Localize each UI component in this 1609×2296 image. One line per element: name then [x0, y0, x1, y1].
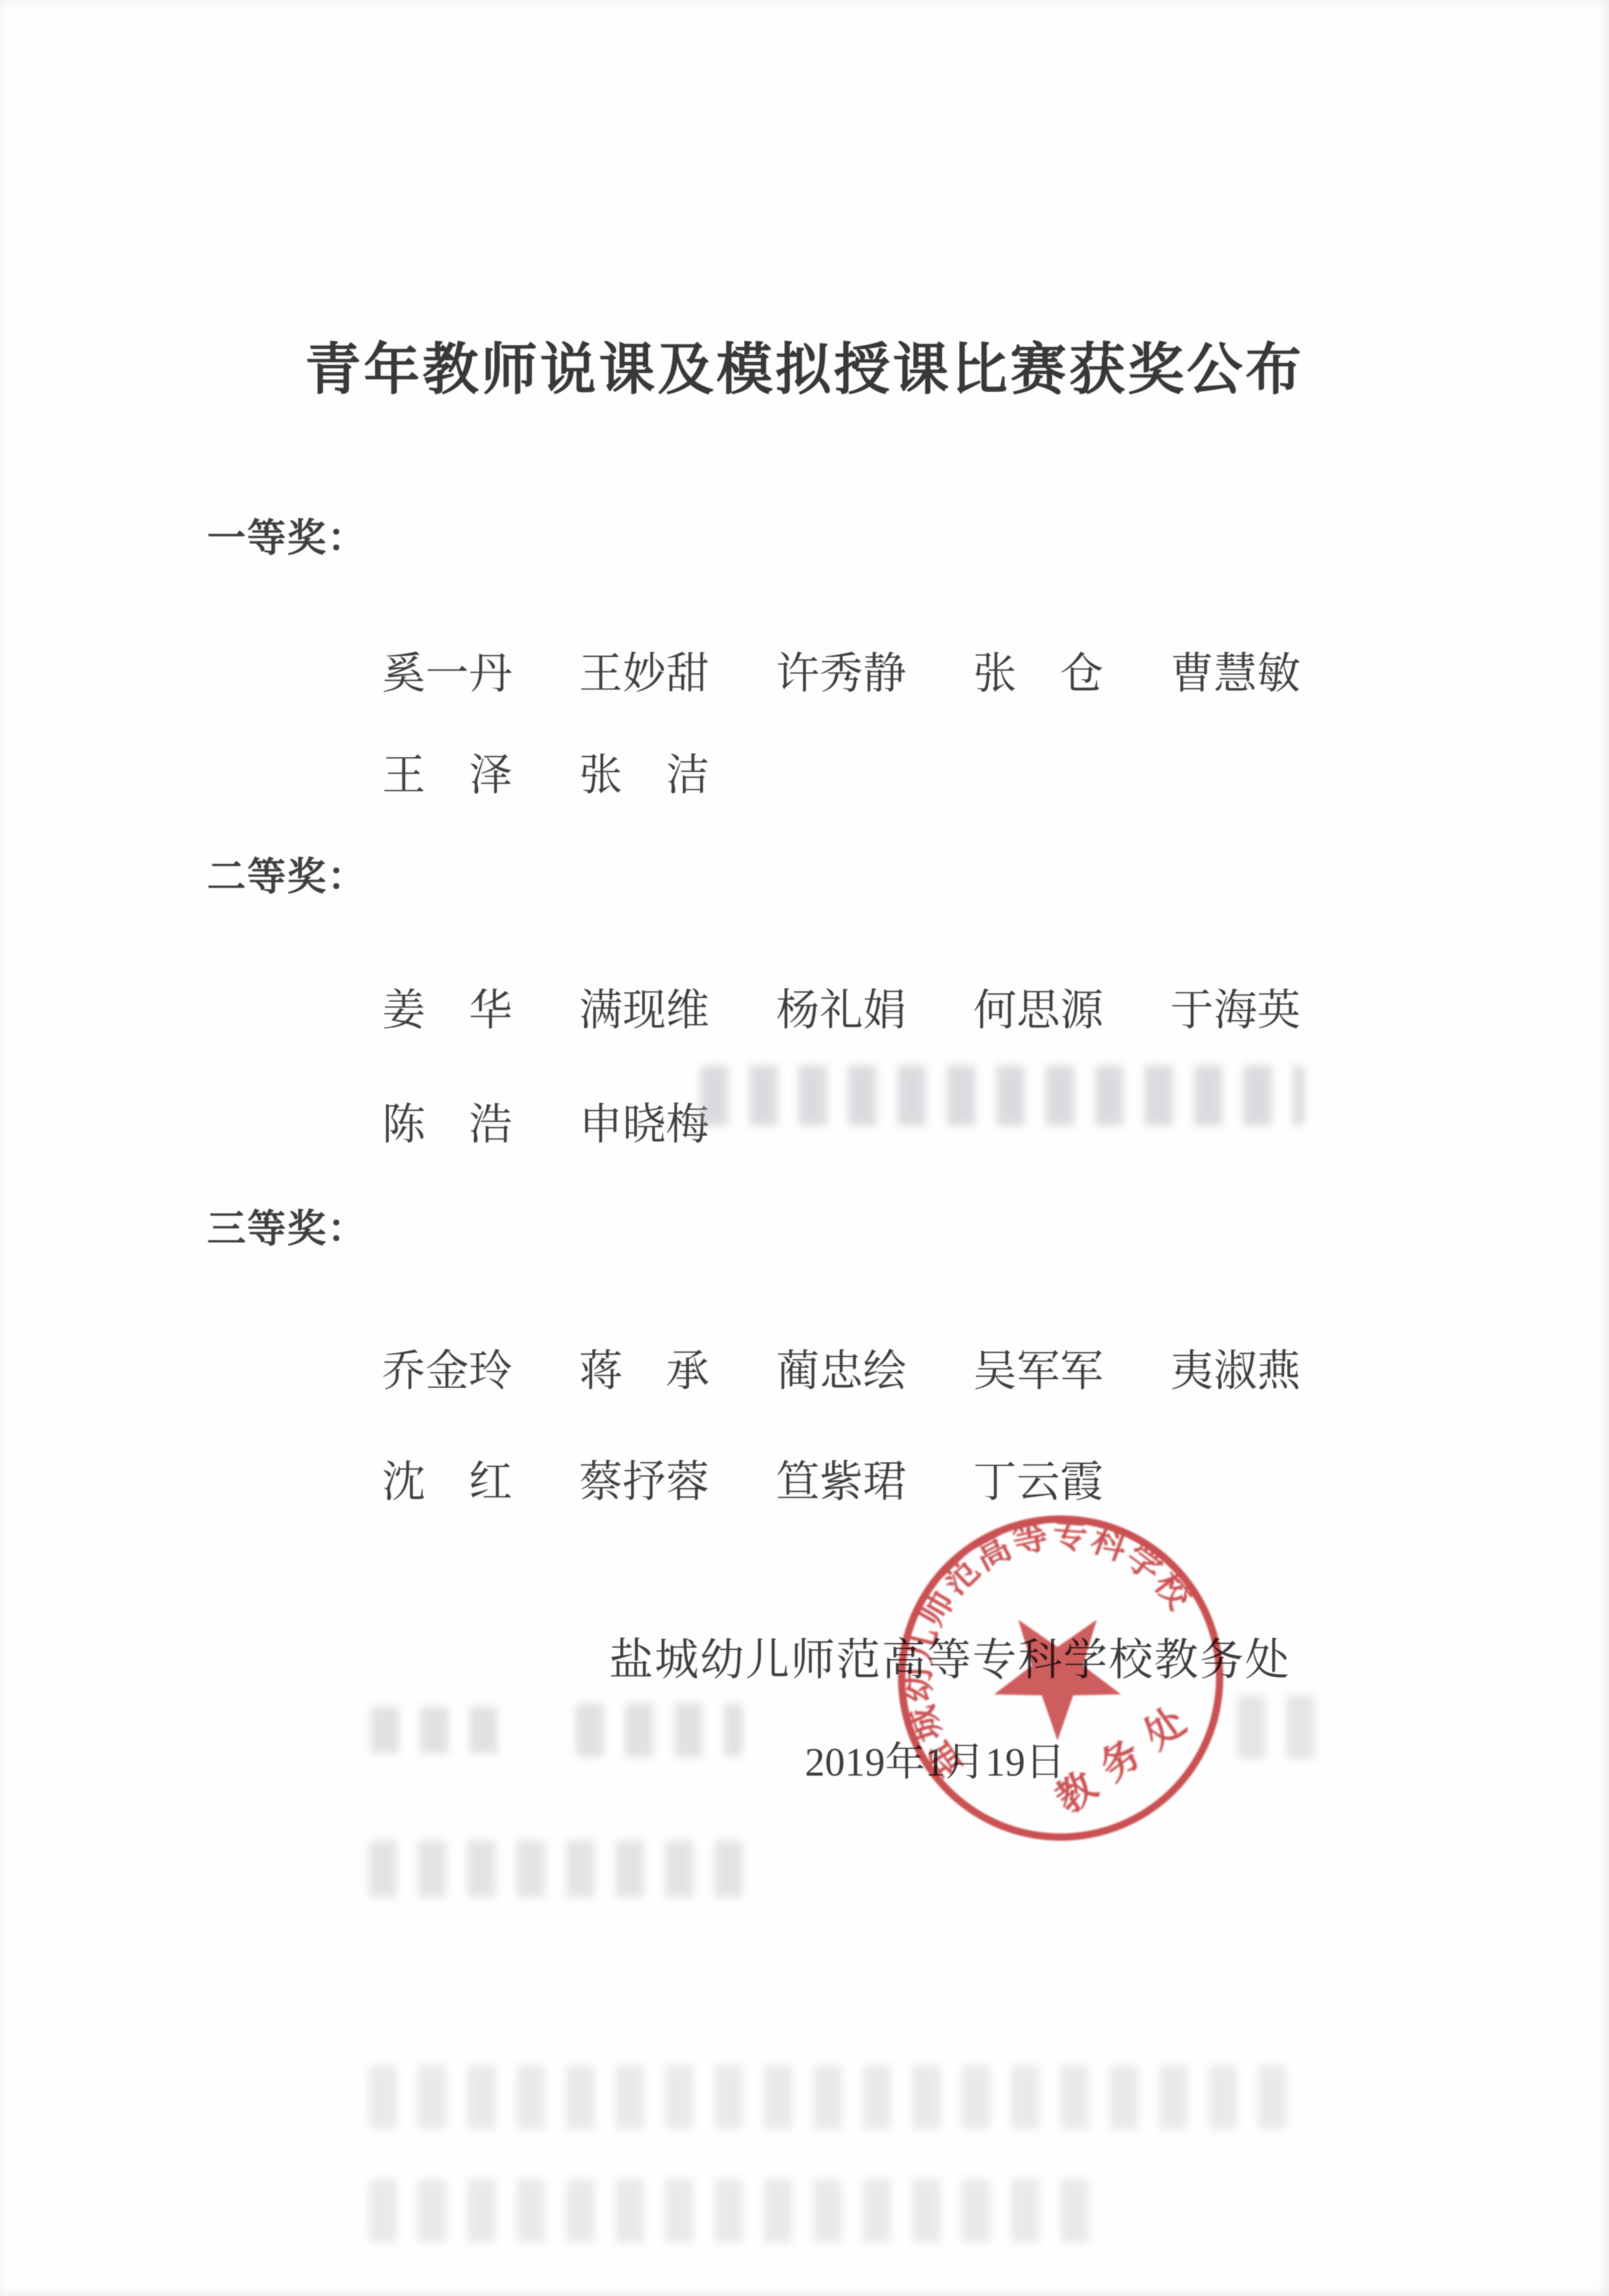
seal-center-text: 教务处	[1048, 1690, 1206, 1822]
scanned-document-page: 青年教师说课及模拟授课比赛获奖公布 一等奖： 奚一丹 王妙甜 许秀静 张 仓 曹…	[0, 0, 1609, 2296]
winner-row: 沈 红 蔡抒蓉 笪紫珺 丁云霞	[382, 1446, 1103, 1509]
bleed-through-artifact	[369, 1840, 743, 1897]
winner-row: 奚一丹 王妙甜 许秀静 张 仓 曹慧敏	[382, 638, 1300, 701]
winner-name: 王妙甜	[579, 638, 709, 701]
winner-name: 夷淑燕	[1170, 1335, 1300, 1398]
winner-name: 蒋 承	[579, 1335, 709, 1398]
winner-name: 申晓梅	[579, 1089, 709, 1152]
bleed-through-artifact	[369, 2179, 1110, 2243]
winner-name: 姜 华	[382, 975, 512, 1037]
bleed-through-artifact	[371, 1707, 514, 1754]
winner-row: 王 泽 张 洁	[382, 740, 709, 802]
bleed-through-artifact	[576, 1703, 743, 1757]
tier-label-first-prize: 一等奖：	[207, 506, 367, 562]
winner-row: 乔金玲 蒋 承 蔺忠绘 吴军军 夷淑燕	[382, 1335, 1300, 1398]
bleed-through-artifact	[700, 1065, 1304, 1126]
winner-name: 王 泽	[382, 740, 512, 802]
winner-name: 满现维	[579, 975, 709, 1037]
winner-name: 曹慧敏	[1170, 638, 1300, 701]
winner-name: 何思源	[973, 975, 1103, 1037]
winner-name: 奚一丹	[382, 638, 512, 701]
winner-name: 于海英	[1170, 975, 1300, 1037]
winner-row: 陈 浩 申晓梅	[382, 1089, 709, 1152]
winner-name: 蔺忠绘	[776, 1335, 906, 1398]
bleed-through-artifact	[369, 2066, 1304, 2129]
winner-name: 笪紫珺	[776, 1446, 906, 1509]
winner-name: 沈 红	[382, 1446, 512, 1509]
winner-name: 张 仓	[973, 638, 1103, 701]
winner-name: 张 洁	[579, 740, 709, 802]
winner-name: 陈 浩	[382, 1089, 512, 1152]
winner-name: 许秀静	[776, 638, 906, 701]
winner-name: 杨礼娟	[776, 975, 906, 1037]
seal-star-icon	[967, 1583, 1141, 1755]
winner-name: 吴军军	[973, 1335, 1103, 1398]
winner-row: 姜 华 满现维 杨礼娟 何思源 于海英	[382, 975, 1300, 1037]
winner-name: 乔金玲	[382, 1335, 512, 1398]
winner-name: 蔡抒蓉	[579, 1446, 709, 1509]
tier-label-second-prize: 二等奖：	[207, 845, 367, 901]
page-title: 青年教师说课及模拟授课比赛获奖公布	[0, 325, 1609, 405]
tier-label-third-prize: 三等奖：	[207, 1197, 367, 1253]
